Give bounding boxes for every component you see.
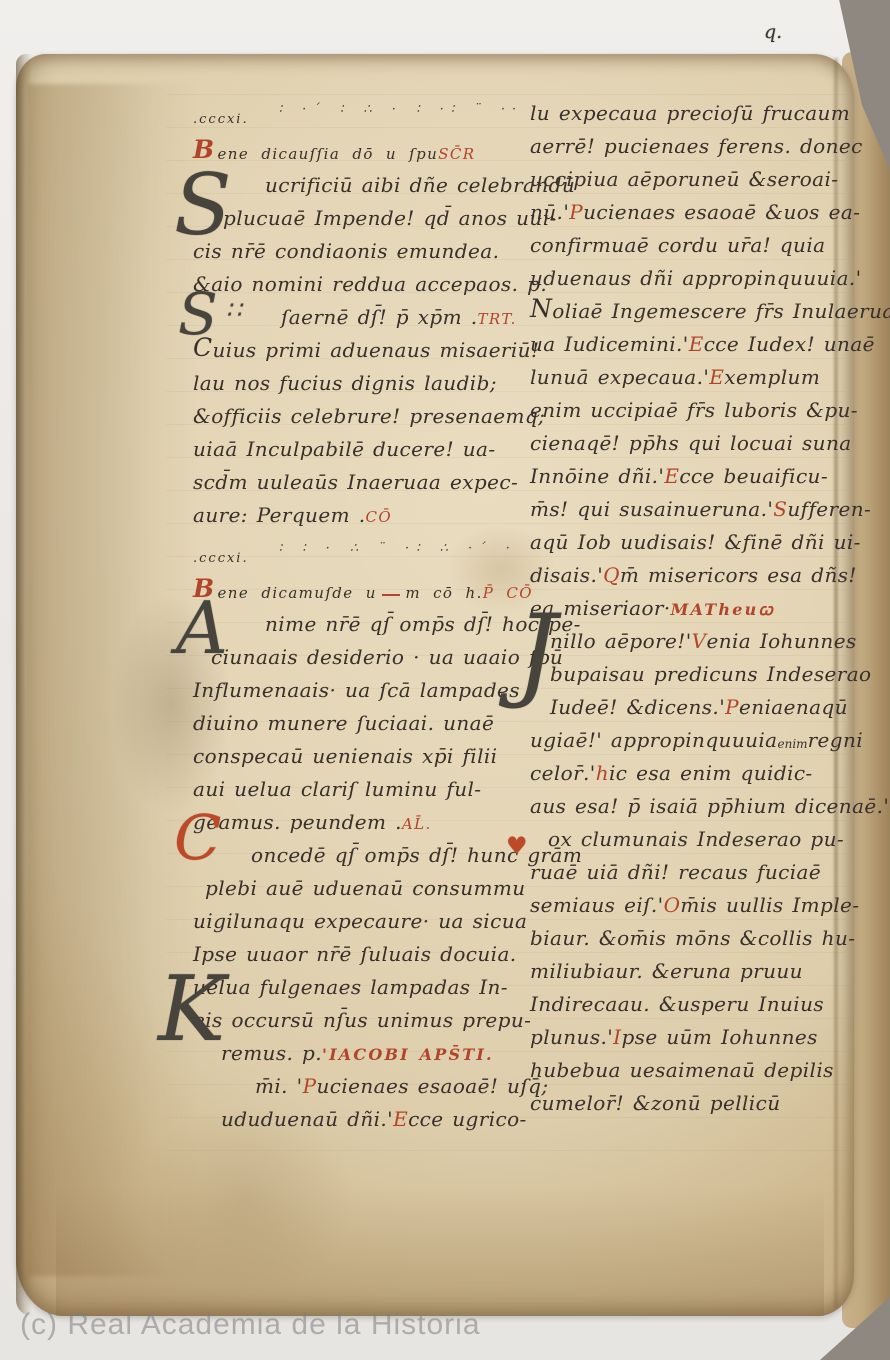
text-segment: Innōine dñi.' — [530, 466, 664, 486]
text-line: lunuā expecaua.' Exemplum — [530, 360, 860, 393]
text-segment: Ipse uuaor nr̄ē ſuluais docuia. — [193, 944, 517, 964]
text-line: celor̄.' hic esa enim quidic- — [530, 756, 860, 789]
text-line: uiaā Inculpabilē ducere! ua- — [193, 432, 533, 465]
text-segment: Indirecaau. &usperu Inuius — [530, 994, 824, 1014]
text-line: remus. p. 'IACOBI APS̄TI. — [193, 1036, 533, 1069]
text-segment: CŌ — [365, 510, 392, 525]
text-line: m̄s! qui susainueruna.' Sufferen- — [530, 492, 860, 525]
text-segment: diuino munere ſuciaai. unaē — [193, 713, 494, 733]
text-segment: P — [725, 697, 739, 717]
neume-notation: ∶ ·´ ∶ ∴ · ∶ ·∶ ¨ ·· — [279, 103, 524, 116]
text-segment: plucuaē Impende! qd̄ anos uui- — [223, 208, 557, 228]
text-line: scd̄m uuleaūs Inaeruaa expec- — [193, 465, 533, 498]
text-line: nime nr̄ē qſ̄ omp̄s dſ̄! hoc pe- — [193, 607, 533, 640]
folio-corner-mark: q. — [764, 24, 782, 40]
text-segment: ucienaes esaoaē &uos ea- — [583, 202, 860, 222]
text-line: aure: Perquem . CŌ — [193, 498, 533, 531]
text-line: eis occursū nſ̄us unimus prepu- — [193, 1003, 533, 1036]
text-line: confirmuaē cordu ur̄a! quia — [530, 228, 860, 261]
text-segment: ua Iudicemini.' — [530, 334, 689, 354]
text-segment: ſaernē dſ̄! p̄ xp̄m . — [281, 307, 478, 327]
text-segment: enia Iohunnes — [706, 631, 856, 651]
text-segment: &aio nomini reddua accepaos. p. — [193, 274, 547, 294]
vd-monogram-initial: S — [178, 290, 218, 339]
text-line: plebi auē uduenaū consummu — [193, 871, 533, 904]
text-segment: ufferen- — [787, 499, 871, 519]
text-segment: cce ugrico- — [408, 1109, 527, 1129]
column-right: lu expecaua precioſū frucaumaerrē! pucie… — [530, 96, 860, 1119]
text-segment: scd̄m uuleaūs Inaeruaa expec- — [193, 472, 518, 492]
text-line: .cccxi.∶ ∶ · ∴ ¨ ·∶ ∴ ·´ · — [193, 531, 533, 571]
initial-c-concede: C — [174, 812, 221, 865]
vd-monogram-dots: ∷ — [226, 300, 241, 320]
text-segment: N — [530, 296, 552, 321]
text-segment: 'IACOBI APS̄TI. — [322, 1047, 494, 1063]
initial-i-in-illo: J — [516, 610, 557, 697]
text-segment: MATheuꞷ — [671, 602, 775, 618]
text-segment: Influmenaais· ua ſcā lampades — [193, 680, 520, 700]
text-line: aerrē! pucienaes ferens. donec — [530, 129, 860, 162]
text-line: bupaisau predicuns Indeserao — [530, 657, 860, 690]
text-line: ugiaē!' appropinquuuia enim regni — [530, 723, 860, 756]
text-segment: m̄ misericors esa dñs! — [620, 565, 857, 585]
text-line: cumelor̄! &zonū pellicū — [530, 1086, 860, 1119]
text-line: cis nr̄ē condiaonis emundea. — [193, 234, 533, 267]
text-segment: uigilunaqu expecaure· ua sicua — [193, 911, 527, 931]
text-line: diuino munere ſuciaai. unaē — [193, 706, 533, 739]
text-line: Bene dicamuſde u m cō h. P̄ CŌ — [193, 571, 533, 607]
text-segment: eniaenaqū — [739, 697, 848, 717]
text-segment: E — [689, 334, 704, 354]
text-segment: ene dicamuſde u — [218, 586, 377, 601]
text-segment: nillo aēpore!' — [550, 631, 692, 651]
text-line: uduenaus dñi appropinquuuia.' — [530, 261, 860, 294]
text-segment: plebi auē uduenaū consummu — [205, 878, 526, 898]
text-line: aui uelua clariſ luminu ful- — [193, 772, 533, 805]
text-segment: remus. p. — [221, 1043, 322, 1063]
text-segment: TRT. — [478, 312, 517, 327]
text-line: Cuius primi aduenaus misaeriū! — [193, 333, 533, 366]
text-segment: biaur. &om̄is mōns &collis hu- — [530, 928, 855, 948]
text-line: aqū Iob uudisais! &finē dñi ui- — [530, 525, 860, 558]
text-line: ududuenaū dñi.' Ecce ugrico- — [193, 1102, 533, 1135]
text-line: uccipiua aēporuneū &seroai- — [530, 162, 860, 195]
text-line: geamus. peundem . AL̄. — [193, 805, 533, 838]
margin-number: .cccxi. — [193, 113, 249, 126]
text-segment: aure: Perquem . — [193, 505, 365, 525]
text-segment: pse uūm Iohunnes — [621, 1027, 817, 1047]
text-line: Iudeē! &dicens.' Peniaenaqū — [530, 690, 860, 723]
text-line: lu expecaua precioſū frucaum — [530, 96, 860, 129]
text-line: semiaus eiſ.' Om̄is uullis Imple- — [530, 888, 860, 921]
manuscript-photo: .cccxi.∶ ·´ ∶ ∴ · ∶ ·∶ ¨ ··Bene dicauſſi… — [0, 0, 890, 1360]
text-segment: ene dicauſſia dō u ſpu — [218, 147, 439, 162]
text-segment: geamus. peundem . — [193, 812, 402, 832]
text-line: &officiis celebrure! presenaemq; — [193, 399, 533, 432]
text-segment: hubebua uesaimenaū depilis — [530, 1060, 834, 1080]
text-line: ea miseriaor· MATheuꞷ — [530, 591, 860, 624]
text-line: enim uccipiaē fr̄s luboris &pu- — [530, 393, 860, 426]
text-line: nū.' Pucienaes esaoaē &uos ea- — [530, 195, 860, 228]
text-segment: xemplum — [724, 367, 820, 387]
text-line: disais.' Qm̄ misericors esa dñs! — [530, 558, 860, 591]
initial-s-sacrificium: S — [174, 170, 232, 241]
text-line: m̄i. 'Pucienaes esaoaē! uſq̄; — [193, 1069, 533, 1102]
text-line: conspecaū uenienais xp̄i filii — [193, 739, 533, 772]
text-line: ua Iudicemini.' Ecce Iudex! unaē — [530, 327, 860, 360]
text-segment: nū.' — [530, 202, 569, 222]
text-segment: m̄is uullis Imple- — [680, 895, 859, 915]
text-segment: ciunaais desiderio · ua uaaio ſpū — [211, 647, 563, 667]
copyright-watermark: (c) Real Academia de la Historia — [20, 1308, 481, 1342]
neume-notation: ∶ ∶ · ∴ ¨ ·∶ ∴ ·´ · — [279, 542, 517, 555]
text-segment: E — [709, 367, 724, 387]
text-segment: Q — [603, 565, 620, 585]
text-segment: ugiaē!' appropinquuuia — [530, 730, 778, 750]
text-segment: uccipiua aēporuneū &seroai- — [530, 169, 838, 189]
text-segment: m̄i. ' — [255, 1076, 303, 1096]
text-line: cienaqē! pp̄hs qui locuai suna — [530, 426, 860, 459]
text-line: oncedē qſ̄ omp̄s dſ̄! hunc grām — [193, 838, 533, 871]
text-segment: ruaē uiā dñi! recaus fuciaē — [530, 862, 821, 882]
text-segment: enim — [778, 738, 808, 750]
text-line: miliubiaur. &eruna pruuu — [530, 954, 860, 987]
text-segment: SC̄R — [438, 147, 475, 162]
text-segment: ucrificiū aibi dñe celebrandū — [265, 175, 575, 195]
text-line: Bene dicauſſia dō u ſpu SC̄R — [193, 132, 533, 168]
margin-number: .cccxi. — [193, 552, 249, 565]
text-line: lau nos fucius dignis laudib; — [193, 366, 533, 399]
text-line: uelua fulgenaes lampadas In- — [193, 970, 533, 1003]
text-line: Ipse uuaor nr̄ē ſuluais docuia. — [193, 937, 533, 970]
text-line: ciunaais desiderio · ua uaaio ſpū — [193, 640, 533, 673]
initial-a-anime: A — [176, 598, 228, 659]
text-segment: P — [569, 202, 583, 222]
text-line: ox clumunais Indeserao pu- — [530, 822, 860, 855]
text-segment: aerrē! pucienaes ferens. donec — [530, 136, 863, 156]
text-line: Innōine dñi.' Ecce beuaificu- — [530, 459, 860, 492]
text-segment: semiaus eiſ.' — [530, 895, 664, 915]
text-segment: O — [664, 895, 681, 915]
text-segment: ox clumunais Indeserao pu- — [548, 829, 844, 849]
text-segment: m cō h. — [405, 586, 482, 601]
text-line: Noliaē Ingemescere fr̄s Inulaeruaū! — [530, 294, 860, 327]
text-segment: lunuā expecaua.' — [530, 367, 709, 387]
rubric-underline — [382, 594, 401, 596]
text-line: Indirecaau. &usperu Inuius — [530, 987, 860, 1020]
text-segment: disais.' — [530, 565, 603, 585]
text-segment: &officiis celebrure! presenaemq; — [193, 406, 545, 426]
initial-k-karissimi: K — [158, 972, 225, 1049]
text-line: plucuaē Impende! qd̄ anos uui- — [193, 201, 533, 234]
text-segment: oliaē Ingemescere fr̄s Inulaeruaū! — [552, 301, 890, 321]
text-line: nillo aēpore!' Venia Iohunnes — [530, 624, 860, 657]
margin-heart-mark: ♥ — [506, 836, 528, 856]
text-segment: cienaqē! pp̄hs qui locuai suna — [530, 433, 852, 453]
text-segment: S — [773, 499, 787, 519]
text-segment: regni — [808, 730, 863, 750]
text-segment: confirmuaē cordu ur̄a! quia — [530, 235, 825, 255]
text-segment: E — [664, 466, 679, 486]
text-segment: ucienaes esaoaē! uſq̄; — [316, 1076, 548, 1096]
text-segment: E — [393, 1109, 408, 1129]
text-segment: conspecaū uenienais xp̄i filii — [193, 746, 497, 766]
text-line: ſaernē dſ̄! p̄ xp̄m . TRT. — [193, 300, 533, 333]
text-segment: uiaā Inculpabilē ducere! ua- — [193, 439, 496, 459]
text-segment: bupaisau predicuns Indeserao — [550, 664, 871, 684]
text-segment: ic esa enim quidic- — [609, 763, 813, 783]
text-segment: cumelor̄! &zonū pellicū — [530, 1093, 781, 1113]
text-segment: cce beuaificu- — [679, 466, 828, 486]
text-segment: miliubiaur. &eruna pruuu — [530, 961, 803, 981]
text-segment: aui uelua clariſ luminu ful- — [193, 779, 481, 799]
text-line: plunus.' Ipse uūm Iohunnes — [530, 1020, 860, 1053]
text-segment: uelua fulgenaes lampadas In- — [193, 977, 508, 997]
text-segment: aqū Iob uudisais! &finē dñi ui- — [530, 532, 861, 552]
text-segment: plunus.' — [530, 1027, 613, 1047]
text-line: biaur. &om̄is mōns &collis hu- — [530, 921, 860, 954]
text-segment: lu expecaua precioſū frucaum — [530, 103, 850, 123]
text-line: Influmenaais· ua ſcā lampades — [193, 673, 533, 706]
text-segment: lau nos fucius dignis laudib; — [193, 373, 497, 393]
text-line: ucrificiū aibi dñe celebrandū — [193, 168, 533, 201]
text-segment: cis nr̄ē condiaonis emundea. — [193, 241, 499, 261]
text-segment: uduenaus dñi appropinquuuia.' — [530, 268, 862, 288]
text-segment: cce Iudex! unaē — [704, 334, 875, 354]
text-segment: enim uccipiaē fr̄s luboris &pu- — [530, 400, 858, 420]
text-line: .cccxi.∶ ·´ ∶ ∴ · ∶ ·∶ ¨ ·· — [193, 90, 533, 132]
text-segment: eis occursū nſ̄us unimus prepu- — [193, 1010, 531, 1030]
text-segment: m̄s! qui susainueruna.' — [530, 499, 773, 519]
text-segment: V — [692, 631, 707, 651]
text-line: uigilunaqu expecaure· ua sicua — [193, 904, 533, 937]
text-segment: Iudeē! &dicens.' — [550, 697, 725, 717]
text-segment: ududuenaū dñi.' — [221, 1109, 393, 1129]
text-segment: uius primi aduenaus misaeriū! — [213, 340, 540, 360]
text-segment: h — [596, 763, 609, 783]
text-segment: aus esa! p̄ isaiā pp̄hium dicenaē.' — [530, 796, 889, 816]
text-layer: .cccxi.∶ ·´ ∶ ∴ · ∶ ·∶ ¨ ··Bene dicauſſi… — [0, 0, 890, 1360]
text-segment: celor̄.' — [530, 763, 596, 783]
text-segment: P — [303, 1076, 317, 1096]
text-segment: AL̄. — [402, 817, 432, 832]
text-line: hubebua uesaimenaū depilis — [530, 1053, 860, 1086]
column-left: .cccxi.∶ ·´ ∶ ∴ · ∶ ·∶ ¨ ··Bene dicauſſi… — [193, 90, 533, 1135]
text-line: &aio nomini reddua accepaos. p. — [193, 267, 533, 300]
text-line: ruaē uiā dñi! recaus fuciaē — [530, 855, 860, 888]
text-segment: I — [613, 1027, 621, 1047]
text-line: aus esa! p̄ isaiā pp̄hium dicenaē.' — [530, 789, 860, 822]
